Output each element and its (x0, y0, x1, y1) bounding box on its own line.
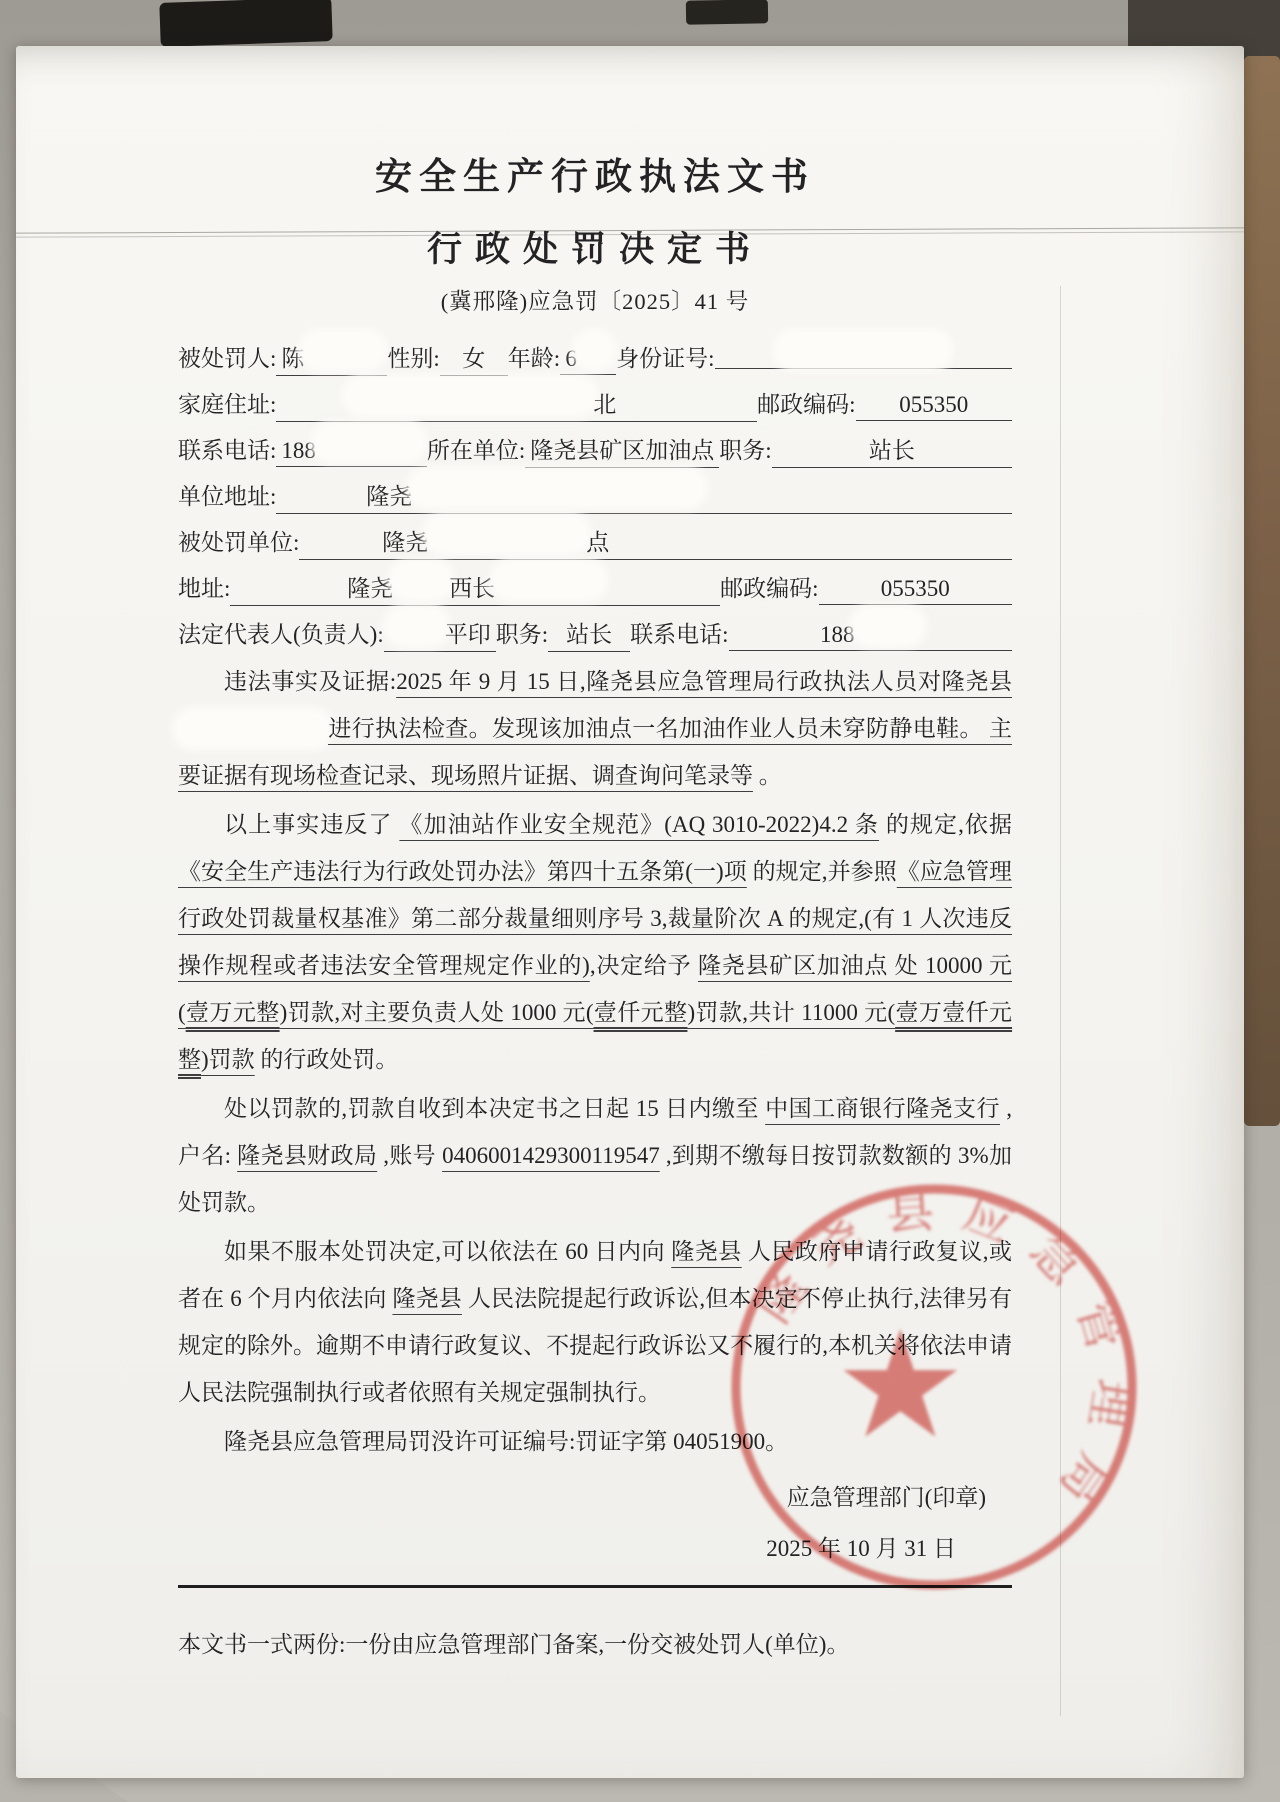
footer-divider-line (178, 1585, 1012, 1588)
fill-text: 中国工商银行隆尧支行 (765, 1096, 1000, 1121)
field-label: 年龄: (508, 340, 560, 373)
fill-text: 2025 年 9 月 15 日,隆尧县应急管理局行政执法人员对隆尧县 (396, 669, 1012, 694)
field-label: 被处罚人: (178, 340, 276, 373)
field-value: 隆尧点 (299, 518, 1012, 560)
paragraph-text: 违法事实及证据: (224, 669, 396, 694)
redaction-blob (855, 610, 921, 642)
fill-spacer (702, 503, 922, 504)
paragraph-text: ,账号 (377, 1143, 442, 1168)
scan-shadow-top-left (159, 0, 332, 47)
fill-text: )罚款,对主要负责人处 1000 元( (280, 1000, 594, 1025)
scan-shadow-top-center (686, 0, 768, 25)
document-header-title: 安全生产行政执法文书 (178, 146, 1012, 200)
paragraph-text: 。 (753, 763, 782, 788)
fill-spacer (321, 595, 347, 596)
paragraph-text: 处以罚款的,罚款自收到本决定书之日起 15 日内缴至 (224, 1096, 765, 1121)
document-title: 行政处罚决定书 (178, 222, 1012, 272)
fill-text: 壹仟元整 (594, 1000, 688, 1025)
form-row: 联系电话:188所在单位:隆尧县矿区加油点职务:站长 (178, 426, 1012, 472)
underlined-value: 《加油站作业安全规范》(AQ 3010-2022)4.2 条 (399, 812, 879, 837)
redaction-blob (428, 518, 586, 550)
underlined-value: 《安全生产违法行为行政处罚办法》第四十五条第(一)项 (178, 859, 747, 884)
fill-text: 055350 (899, 392, 968, 418)
field-value: 站长 (548, 616, 630, 652)
paragraph-text: 如果不服本处罚决定,可以依法在 60 日内向 (224, 1239, 671, 1264)
fill-text: 188 (281, 438, 316, 464)
table-edge-strip (1244, 56, 1280, 1126)
field-label: 地址: (178, 570, 230, 603)
fill-spacer (609, 549, 929, 550)
form-row: 单位地址:隆尧 (178, 472, 1012, 518)
field-value: 055350 (856, 392, 1012, 421)
field-value: 平印 (384, 610, 496, 652)
underlined-value: 隆尧县 (671, 1239, 741, 1264)
fill-text: 平印 (445, 616, 491, 649)
field-label: 联系电话: (178, 432, 276, 465)
fill-text: 隆尧 (382, 524, 428, 557)
form-row: 地址:隆尧西长邮政编码:055350 (178, 564, 1012, 610)
underlying-page-edge (1060, 286, 1061, 1716)
paragraph-text: 的行政处罚。 (255, 1047, 399, 1072)
field-label: 联系电话: (630, 616, 728, 649)
fill-text: 隆尧县财政局 (237, 1143, 377, 1168)
field-value: 隆尧西长 (230, 564, 720, 606)
paragraph: 如果不服本处罚决定,可以依法在 60 日内向 隆尧县 人民政府申请行政复议,或者… (178, 1228, 1012, 1416)
field-value: 站长 (772, 432, 1012, 468)
document-number: (冀邢隆)应急罚〔2025〕41 号 (178, 284, 1012, 316)
fill-text: 女 (462, 340, 485, 373)
photographed-document: { "doc": { "header_title": "安全生产行政执法文书",… (0, 0, 1280, 1802)
redaction-blob (577, 334, 611, 366)
field-label: 职务: (496, 616, 548, 649)
paragraph: 处以罚款的,罚款自收到本决定书之日起 15 日内缴至 中国工商银行隆尧支行 ,户… (178, 1085, 1012, 1226)
fill-text: 隆尧县 (392, 1286, 461, 1311)
paragraph-text: 的规定,依据 (879, 812, 1012, 837)
field-label: 单位地址: (178, 478, 276, 511)
paragraph-text: 以上事实违反了 (224, 812, 399, 837)
field-value: 隆尧县矿区加油点 (525, 432, 719, 468)
field-label: 性别: (387, 340, 439, 373)
form-row: 家庭住址:北邮政编码:055350 (178, 380, 1012, 426)
fill-text: 北 (593, 386, 616, 419)
decision-paragraphs: 违法事实及证据:2025 年 9 月 15 日,隆尧县应急管理局行政执法人员对隆… (178, 658, 1012, 1465)
redaction-blob (778, 334, 948, 366)
field-value: 隆尧 (276, 472, 1012, 514)
field-label: 职务: (719, 432, 771, 465)
paragraph-text: ,决定给予 (590, 953, 698, 978)
underlined-value: 隆尧县 (392, 1286, 461, 1311)
paragraph-text: 的规定,并参照 (747, 859, 897, 884)
paragraph-text: 隆尧县应急管理局罚没许可证编号:罚证字第 04051900。 (224, 1429, 788, 1454)
field-label: 被处罚单位: (178, 524, 299, 557)
fill-spacer (616, 411, 686, 412)
signature-department: 应急管理部门(印章) (178, 1479, 1012, 1512)
redaction-blob (389, 610, 445, 642)
fill-text: 点 (586, 524, 609, 557)
form-row: 法定代表人(负责人):平印职务:站长联系电话:188 (178, 610, 1012, 656)
fill-text: 6 (565, 346, 577, 372)
fill-text: 西长 (449, 570, 495, 603)
field-value: 188 (276, 426, 427, 467)
field-value: 188 (729, 610, 1013, 651)
paragraph: 以上事实违反了 《加油站作业安全规范》(AQ 3010-2022)4.2 条 的… (178, 801, 1012, 1083)
paragraph: 隆尧县应急管理局罚没许可证编号:罚证字第 04051900。 (178, 1418, 1012, 1465)
signature-date: 2025 年 10 月 31 日 (178, 1530, 1012, 1563)
form-row: 被处罚单位:隆尧点 (178, 518, 1012, 564)
field-label: 身份证号: (616, 340, 714, 373)
form-fields-section: 被处罚人:陈性别:女年龄:6身份证号:家庭住址:北邮政编码:055350联系电话… (178, 334, 1012, 656)
field-value: 陈 (276, 334, 387, 376)
field-value: 女 (440, 340, 508, 376)
fill-text: 隆尧 (347, 570, 393, 603)
redaction-blob (412, 472, 702, 504)
document-paper: 安全生产行政执法文书 行政处罚决定书 (冀邢隆)应急罚〔2025〕41 号 被处… (16, 46, 1244, 1778)
fill-text: 隆尧 (366, 478, 412, 511)
fill-text: )罚款,共计 11000 元( (687, 1000, 895, 1025)
redaction-blob (347, 380, 593, 412)
fill-text: 188 (820, 622, 855, 648)
redaction-blob (495, 564, 603, 596)
footer-note: 本文书一式两份:一份由应急管理部门备案,一份交被处罚人(单位)。 (178, 1626, 1012, 1659)
fill-text: 《安全生产违法行为行政处罚办法》第四十五条第(一)项 (178, 859, 747, 884)
field-label: 家庭住址: (178, 386, 276, 419)
fill-text: 站长 (566, 616, 612, 649)
field-value: 北 (276, 380, 757, 422)
fill-text: 055350 (881, 576, 950, 602)
field-label: 邮政编码: (757, 386, 855, 419)
fill-text: 站长 (869, 432, 915, 465)
field-label: 邮政编码: (720, 570, 818, 603)
fill-text: 0406001429300119547 (442, 1143, 660, 1168)
field-value: 055350 (819, 576, 1012, 605)
field-value: 6 (560, 334, 616, 375)
field-label: 所在单位: (427, 432, 525, 465)
fill-text: 隆尧县 (671, 1239, 741, 1264)
redaction-blob (178, 713, 328, 745)
redaction-blob (304, 334, 382, 366)
underlined-value: 隆尧县财政局 (237, 1143, 377, 1168)
redaction-blob (393, 564, 449, 596)
fill-spacer (603, 595, 629, 596)
fill-text: )罚款 (201, 1047, 255, 1072)
underlined-value: 0406001429300119547 (442, 1143, 660, 1168)
fill-text: 隆尧县矿区加油点 (530, 432, 714, 465)
field-label: 法定代表人(负责人): (178, 616, 384, 649)
form-row: 被处罚人:陈性别:女年龄:6身份证号: (178, 334, 1012, 380)
redaction-blob (316, 426, 422, 458)
underlined-value: 中国工商银行隆尧支行 (765, 1096, 1000, 1121)
document-body: 安全生产行政执法文书 行政处罚决定书 (冀邢隆)应急罚〔2025〕41 号 被处… (178, 146, 1012, 1659)
fill-text: 《加油站作业安全规范》(AQ 3010-2022)4.2 条 (399, 812, 879, 837)
paragraph: 违法事实及证据:2025 年 9 月 15 日,隆尧县应急管理局行政执法人员对隆… (178, 658, 1012, 799)
fill-text: 壹万元整 (186, 1000, 280, 1025)
field-value (715, 334, 1012, 369)
fill-text: 陈 (281, 340, 304, 373)
